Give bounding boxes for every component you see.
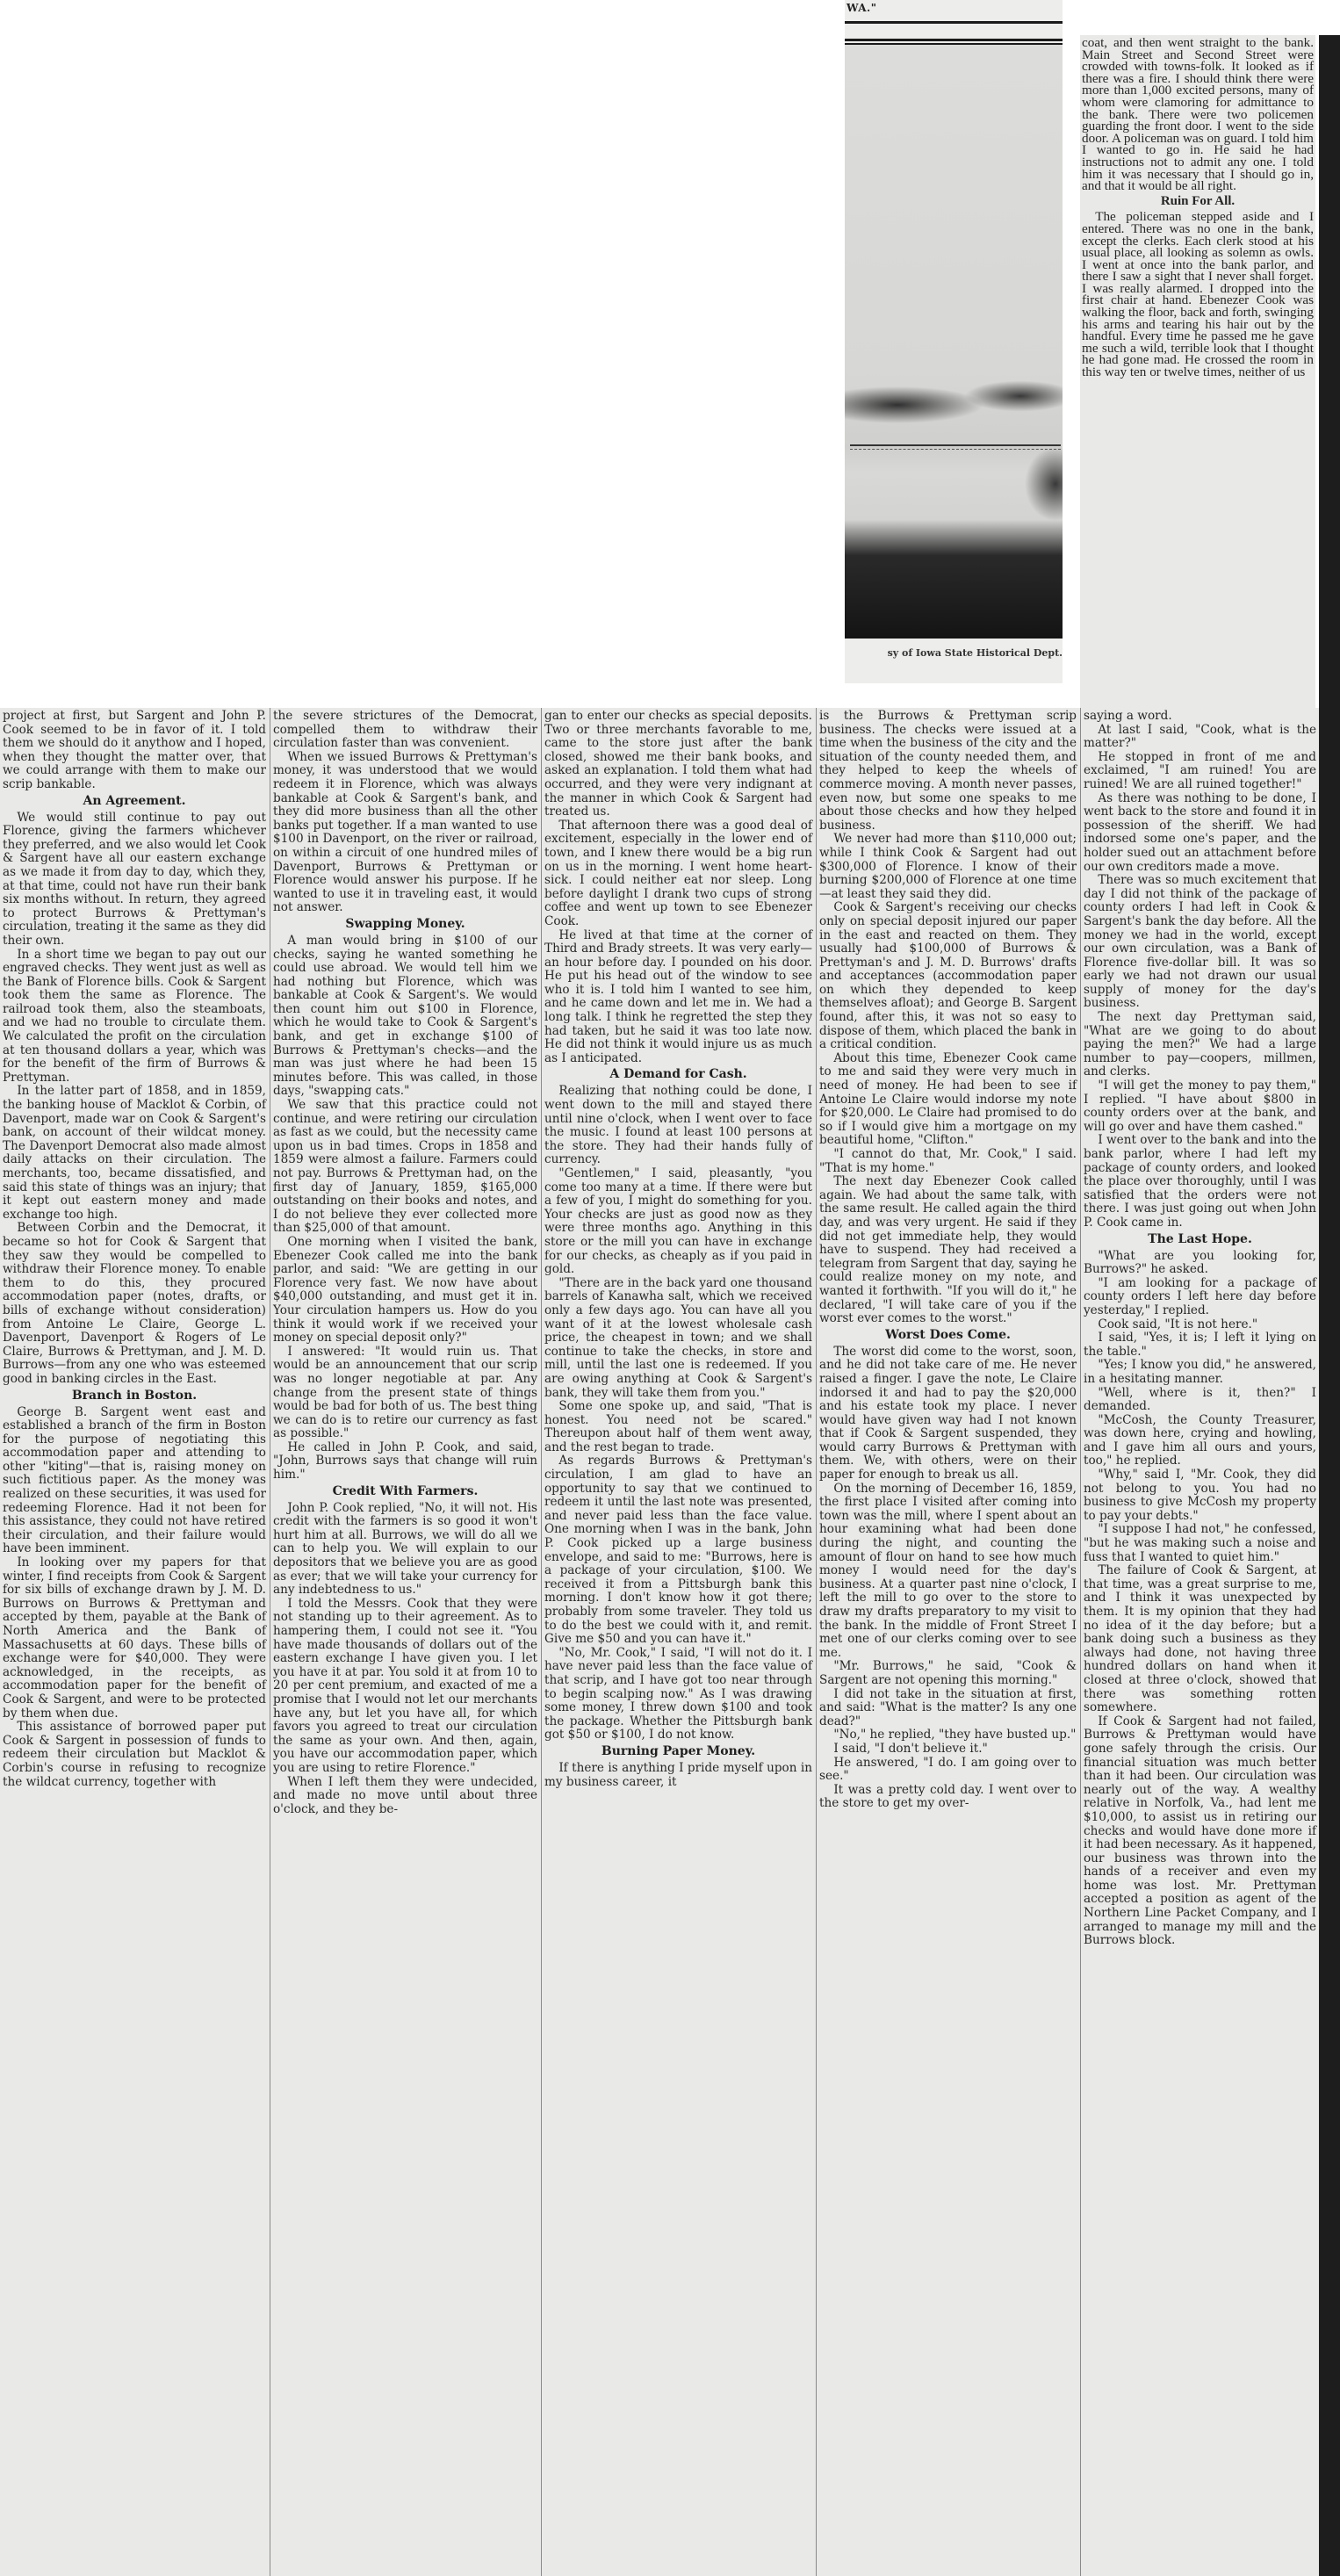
- article-column-1: project at first, but Sargent and John P…: [0, 708, 269, 2576]
- paragraph: We saw that this practice could not cont…: [273, 1099, 537, 1236]
- column-text: coat, and then went straight to the bank…: [1080, 35, 1315, 379]
- section-subhead: Credit With Farmers.: [273, 1484, 537, 1499]
- headline-rule: [845, 21, 1063, 24]
- paragraph: Some one spoke up, and said, "That is ho…: [544, 1400, 812, 1454]
- paragraph: About this time, Ebenezer Cook came to m…: [819, 1052, 1077, 1148]
- paragraph: He stopped in front of me and exclaimed,…: [1084, 751, 1316, 792]
- paragraph: "I am looking for a package of county or…: [1084, 1277, 1316, 1318]
- paragraph: The next day Prettyman said, "What are w…: [1084, 1011, 1316, 1079]
- paragraph: One morning when I visited the bank, Ebe…: [273, 1236, 537, 1346]
- section-subhead: Worst Does Come.: [819, 1328, 1077, 1343]
- paragraph: "What are you looking for, Burrows?" he …: [1084, 1250, 1316, 1277]
- paragraph: "There are in the back yard one thousand…: [544, 1277, 812, 1400]
- scan-edge-shadow: [1319, 35, 1340, 2576]
- section-subhead: An Agreement.: [3, 794, 266, 809]
- paragraph: In the latter part of 1858, and in 1859,…: [3, 1085, 266, 1222]
- paragraph: "No," he replied, "they have busted up.": [819, 1728, 1077, 1743]
- section-subhead: Swapping Money.: [273, 917, 537, 932]
- headline-fragment: WA.": [847, 2, 876, 14]
- photo-credit-caption: sy of Iowa State Historical Dept.: [845, 647, 1063, 659]
- paragraph: John P. Cook replied, "No, it will not. …: [273, 1502, 537, 1598]
- paragraph: I went over to the bank and into the ban…: [1084, 1134, 1316, 1230]
- paragraph: We never had more than $110,000 out; whi…: [819, 833, 1077, 901]
- paragraph: This assistance of borrowed paper put Co…: [3, 1721, 266, 1789]
- paragraph: The policeman stepped aside and I entere…: [1082, 211, 1314, 378]
- paragraph: I did not take in the situation at first…: [819, 1688, 1077, 1729]
- photo-block: WA." sy of Iowa State Historical Dept.: [845, 0, 1063, 683]
- paragraph: If there is anything I pride myself upon…: [544, 1762, 812, 1789]
- paragraph: When we issued Burrows & Prettyman's mon…: [273, 751, 537, 915]
- paragraph: That afternoon there was a good deal of …: [544, 819, 812, 929]
- article-column-5: saying a word.At last I said, "Cook, wha…: [1080, 708, 1319, 2576]
- paragraph: As there was nothing to be done, I went …: [1084, 792, 1316, 875]
- paragraph: "Gentlemen," I said, pleasantly, "you co…: [544, 1167, 812, 1277]
- paragraph: I said, "Yes, it is; I left it lying on …: [1084, 1331, 1316, 1359]
- article-body: project at first, but Sargent and John P…: [0, 708, 1319, 2576]
- paragraph: The failure of Cook & Sargent, at that t…: [1084, 1564, 1316, 1715]
- section-subhead: A Demand for Cash.: [544, 1067, 812, 1082]
- paragraph: He lived at that time at the corner of T…: [544, 929, 812, 1066]
- section-subhead: Branch in Boston.: [3, 1389, 266, 1403]
- paragraph: "I will get the money to pay them," I re…: [1084, 1079, 1316, 1134]
- paragraph: gan to enter our checks as special depos…: [544, 710, 812, 819]
- paragraph: A man would bring in $100 of our checks,…: [273, 934, 537, 1099]
- paragraph: "Why," said I, "Mr. Cook, they did not b…: [1084, 1468, 1316, 1523]
- article-column-4: is the Burrows & Prettyman scrip busines…: [816, 708, 1079, 2576]
- paragraph: When I left them they were undecided, an…: [273, 1776, 537, 1817]
- paragraph: is the Burrows & Prettyman scrip busines…: [819, 710, 1077, 833]
- paragraph: "Yes; I know you did," he answered, in a…: [1084, 1359, 1316, 1386]
- paragraph: As regards Burrows & Prettyman's circula…: [544, 1454, 812, 1646]
- paragraph: "No, Mr. Cook," I said, "I will not do i…: [544, 1647, 812, 1743]
- paragraph: The worst did come to the worst, soon, a…: [819, 1346, 1077, 1483]
- paragraph: project at first, but Sargent and John P…: [3, 710, 266, 792]
- paragraph: Cook & Sargent's receiving our checks on…: [819, 901, 1077, 1052]
- paragraph: I answered: "It would ruin us. That woul…: [273, 1346, 537, 1441]
- paragraph: In looking over my papers for that winte…: [3, 1556, 266, 1721]
- paragraph: "I suppose I had not," he confessed, "bu…: [1084, 1523, 1316, 1564]
- paragraph: saying a word.: [1084, 710, 1316, 724]
- paragraph: If Cook & Sargent had not failed, Burrow…: [1084, 1715, 1316, 1948]
- paragraph: We would still continue to pay out Flore…: [3, 812, 266, 949]
- section-subhead: Ruin For All.: [1082, 196, 1314, 208]
- paragraph: the severe strictures of the Democrat, c…: [273, 710, 537, 751]
- paragraph: There was so much excitement that day I …: [1084, 874, 1316, 1011]
- section-subhead: Burning Paper Money.: [544, 1744, 812, 1759]
- paragraph: "Well, where is it, then?" I demanded.: [1084, 1387, 1316, 1414]
- bridge-detail: [850, 444, 1061, 450]
- paragraph: On the morning of December 16, 1859, the…: [819, 1483, 1077, 1661]
- paragraph: In a short time we began to pay out our …: [3, 949, 266, 1086]
- paragraph: Between Corbin and the Democrat, it beca…: [3, 1222, 266, 1386]
- article-column-top-right: coat, and then went straight to the bank…: [1080, 35, 1315, 711]
- paragraph: The next day Ebenezer Cook called again.…: [819, 1175, 1077, 1326]
- paragraph: Realizing that nothing could be done, I …: [544, 1085, 812, 1167]
- paragraph: coat, and then went straight to the bank…: [1082, 37, 1314, 192]
- paragraph: I told the Messrs. Cook that they were n…: [273, 1598, 537, 1776]
- paragraph: At last I said, "Cook, what is the matte…: [1084, 724, 1316, 751]
- paragraph: He called in John P. Cook, and said, "Jo…: [273, 1441, 537, 1483]
- paragraph: "Mr. Burrows," he said, "Cook & Sargent …: [819, 1660, 1077, 1687]
- river-landscape-photo: [845, 43, 1063, 639]
- paragraph: I said, "I don't believe it.": [819, 1743, 1077, 1757]
- paragraph: "I cannot do that, Mr. Cook," I said. "T…: [819, 1148, 1077, 1175]
- article-column-3: gan to enter our checks as special depos…: [541, 708, 815, 2576]
- paragraph: Cook said, "It is not here.": [1084, 1318, 1316, 1332]
- photo-top-rule: [845, 39, 1063, 41]
- paragraph: He answered, "I do. I am going over to s…: [819, 1757, 1077, 1784]
- paragraph: George B. Sargent went east and establis…: [3, 1406, 266, 1557]
- section-subhead: The Last Hope.: [1084, 1232, 1316, 1247]
- paragraph: It was a pretty cold day. I went over to…: [819, 1784, 1077, 1811]
- article-column-2: the severe strictures of the Democrat, c…: [270, 708, 540, 2576]
- paragraph: "McCosh, the County Treasurer, was down …: [1084, 1414, 1316, 1468]
